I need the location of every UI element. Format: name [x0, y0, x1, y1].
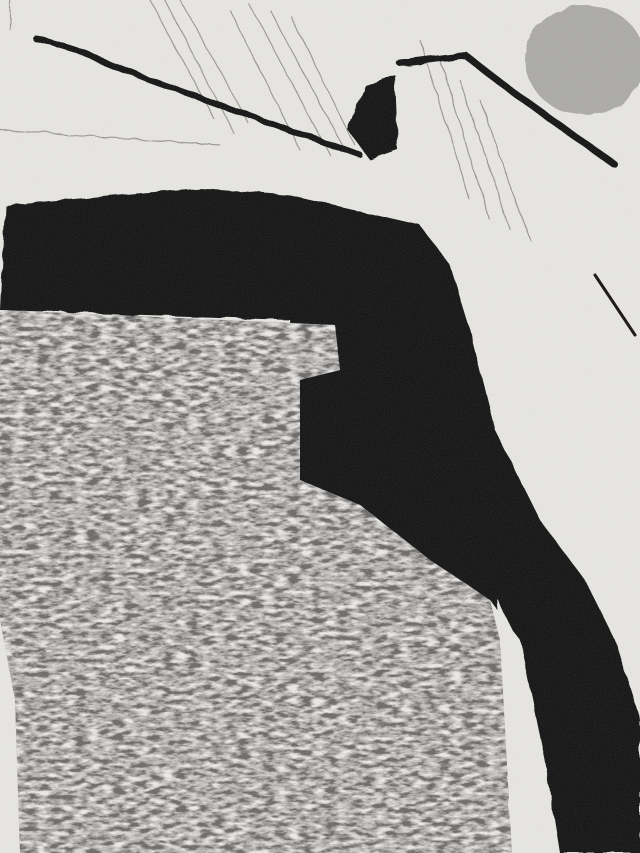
artwork-canvas	[0, 0, 640, 853]
abstract-print-artwork	[0, 0, 640, 853]
